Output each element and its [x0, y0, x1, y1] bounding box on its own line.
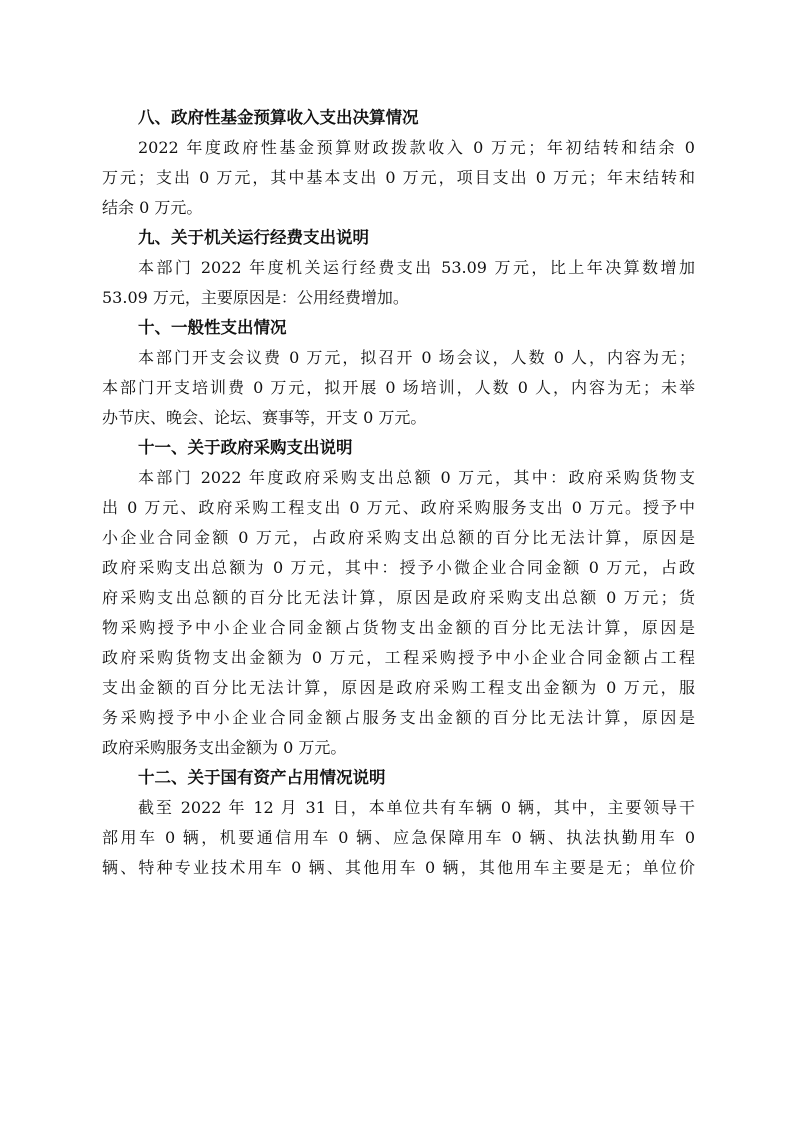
- paragraph-line: 务采购授予中小企业合同金额占服务支出金额的百分比无法计算，原因是: [102, 703, 695, 733]
- paragraph-line: 政府采购支出总额为 0 万元，其中：授予小微企业合同金额 0 万元，占政: [102, 553, 695, 583]
- section-general-expenditure: 十、一般性支出情况 本部门开支会议费 0 万元，拟召开 0 场会议，人数 0 人…: [102, 313, 695, 433]
- paragraph-line: 本部门开支培训费 0 万元，拟开展 0 场培训，人数 0 人，内容为无；未举: [102, 373, 695, 403]
- paragraph-line: 万元；支出 0 万元，其中基本支出 0 万元，项目支出 0 万元；年末结转和: [102, 163, 695, 193]
- section-heading: 十二、关于国有资产占用情况说明: [102, 763, 695, 793]
- paragraph-line: 政府采购服务支出金额为 0 万元。: [102, 733, 695, 763]
- section-state-assets: 十二、关于国有资产占用情况说明 截至 2022 年 12 月 31 日，本单位共…: [102, 763, 695, 883]
- paragraph-line: 小企业合同金额 0 万元，占政府采购支出总额的百分比无法计算，原因是: [102, 523, 695, 553]
- paragraph-line: 本部门 2022 年度政府采购支出总额 0 万元，其中：政府采购货物支: [102, 463, 695, 493]
- section-government-fund-budget: 八、政府性基金预算收入支出决算情况 2022 年度政府性基金预算财政拨款收入 0…: [102, 103, 695, 223]
- paragraph-line: 辆、特种专业技术用车 0 辆、其他用车 0 辆，其他用车主要是无；单位价: [102, 853, 695, 883]
- section-heading: 八、政府性基金预算收入支出决算情况: [102, 103, 695, 133]
- section-heading: 九、关于机关运行经费支出说明: [102, 223, 695, 253]
- paragraph-line: 府采购支出总额的百分比无法计算，原因是政府采购支出总额 0 万元；货: [102, 583, 695, 613]
- section-paragraph: 本部门 2022 年度机关运行经费支出 53.09 万元，比上年决算数增加 53…: [102, 253, 695, 313]
- paragraph-line: 本部门开支会议费 0 万元，拟召开 0 场会议，人数 0 人，内容为无；: [102, 343, 695, 373]
- paragraph-line: 53.09 万元，主要原因是：公用经费增加。: [102, 283, 695, 313]
- section-heading: 十、一般性支出情况: [102, 313, 695, 343]
- section-heading: 十一、关于政府采购支出说明: [102, 433, 695, 463]
- paragraph-line: 截至 2022 年 12 月 31 日，本单位共有车辆 0 辆，其中，主要领导干: [102, 793, 695, 823]
- paragraph-line: 办节庆、晚会、论坛、赛事等，开支 0 万元。: [102, 403, 695, 433]
- section-paragraph: 截至 2022 年 12 月 31 日，本单位共有车辆 0 辆，其中，主要领导干…: [102, 793, 695, 883]
- document-page: 八、政府性基金预算收入支出决算情况 2022 年度政府性基金预算财政拨款收入 0…: [102, 103, 695, 883]
- section-paragraph: 本部门开支会议费 0 万元，拟召开 0 场会议，人数 0 人，内容为无； 本部门…: [102, 343, 695, 433]
- paragraph-line: 支出金额的百分比无法计算，原因是政府采购工程支出金额为 0 万元，服: [102, 673, 695, 703]
- section-paragraph: 本部门 2022 年度政府采购支出总额 0 万元，其中：政府采购货物支 出 0 …: [102, 463, 695, 763]
- paragraph-line: 2022 年度政府性基金预算财政拨款收入 0 万元；年初结转和结余 0: [102, 133, 695, 163]
- paragraph-line: 物采购授予中小企业合同金额占货物支出金额的百分比无法计算，原因是: [102, 613, 695, 643]
- section-paragraph: 2022 年度政府性基金预算财政拨款收入 0 万元；年初结转和结余 0 万元；支…: [102, 133, 695, 223]
- section-operating-expenses: 九、关于机关运行经费支出说明 本部门 2022 年度机关运行经费支出 53.09…: [102, 223, 695, 313]
- paragraph-line: 部用车 0 辆，机要通信用车 0 辆、应急保障用车 0 辆、执法执勤用车 0: [102, 823, 695, 853]
- paragraph-line: 本部门 2022 年度机关运行经费支出 53.09 万元，比上年决算数增加: [102, 253, 695, 283]
- paragraph-line: 政府采购货物支出金额为 0 万元，工程采购授予中小企业合同金额占工程: [102, 643, 695, 673]
- paragraph-line: 结余 0 万元。: [102, 193, 695, 223]
- section-government-procurement: 十一、关于政府采购支出说明 本部门 2022 年度政府采购支出总额 0 万元，其…: [102, 433, 695, 763]
- paragraph-line: 出 0 万元、政府采购工程支出 0 万元、政府采购服务支出 0 万元。授予中: [102, 493, 695, 523]
